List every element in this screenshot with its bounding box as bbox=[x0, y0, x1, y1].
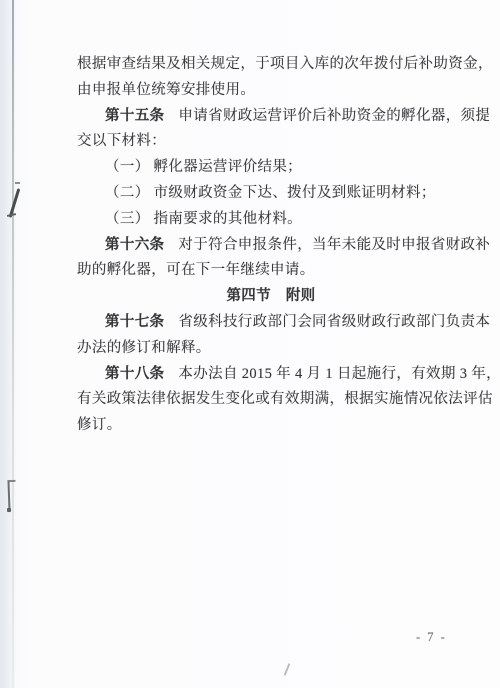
article-number: 第十七条 bbox=[105, 314, 164, 330]
page-number: - 7 - bbox=[416, 630, 447, 645]
scanned-page: 根据审查结果及相关规定，于项目入库的次年拨付后补助资金， 由申报单位统筹安排使用… bbox=[0, 0, 500, 688]
line-text: 交以下材料： bbox=[77, 133, 166, 149]
article-number: 第十五条 bbox=[105, 108, 164, 124]
text-line: 有关政策法律依据发生变化或有效期满，根据实施情况依法评估 bbox=[77, 387, 465, 413]
line-text: （三） 指南要求的其他材料。 bbox=[105, 211, 302, 227]
text-line: 交以下材料： bbox=[77, 129, 465, 155]
article-number: 第十八条 bbox=[105, 366, 164, 382]
line-text: 根据审查结果及相关规定，于项目入库的次年拨付后补助资金， bbox=[77, 56, 493, 72]
section-heading: 第四节 附则 bbox=[77, 284, 465, 310]
section-heading-text: 第四节 附则 bbox=[226, 288, 315, 304]
scan-edge-line bbox=[12, 0, 14, 688]
article-number: 第十六条 bbox=[105, 237, 164, 253]
text-line-article-17: 第十七条省级科技行政部门会同省级财政行政部门负责本 bbox=[77, 310, 465, 336]
line-text: 助的孵化器，可在下一年继续申请。 bbox=[77, 262, 315, 278]
smudge-mark bbox=[284, 663, 291, 676]
text-line: 根据审查结果及相关规定，于项目入库的次年拨付后补助资金， bbox=[77, 52, 465, 78]
staple-dot bbox=[7, 508, 11, 512]
scan-edge-strip bbox=[0, 0, 17, 688]
text-line-item-2: （二） 市级财政资金下达、拨付及到账证明材料； bbox=[77, 181, 465, 207]
text-line: 修订。 bbox=[77, 413, 465, 439]
line-text: 对于符合申报条件，当年未能及时申报省财政补 bbox=[178, 237, 490, 253]
text-line-article-16: 第十六条对于符合申报条件，当年未能及时申报省财政补 bbox=[77, 233, 465, 259]
line-text: 有关政策法律依据发生变化或有效期满，根据实施情况依法评估 bbox=[77, 391, 493, 407]
text-line-item-3: （三） 指南要求的其他材料。 bbox=[77, 207, 465, 233]
line-text: 办法的修订和解释。 bbox=[77, 340, 211, 356]
text-line: 由申报单位统筹安排使用。 bbox=[77, 78, 465, 104]
text-line-article-15: 第十五条申请省财政运营评价后补助资金的孵化器，须提 bbox=[77, 104, 465, 130]
document-body: 根据审查结果及相关规定，于项目入库的次年拨付后补助资金， 由申报单位统筹安排使用… bbox=[77, 52, 465, 439]
line-text: 由申报单位统筹安排使用。 bbox=[77, 82, 255, 98]
text-line-article-18: 第十八条本办法自 2015 年 4 月 1 日起施行，有效期 3 年， bbox=[77, 362, 465, 388]
line-text: 修订。 bbox=[77, 417, 122, 433]
line-text: （二） 市级财政资金下达、拨付及到账证明材料； bbox=[105, 185, 436, 201]
pen-stroke-dot bbox=[15, 182, 20, 184]
line-text: 本办法自 2015 年 4 月 1 日起施行，有效期 3 年， bbox=[178, 366, 500, 382]
line-text: 省级科技行政部门会同省级财政行政部门负责本 bbox=[178, 314, 490, 330]
text-line-item-1: （一） 孵化器运营评价结果； bbox=[77, 155, 465, 181]
line-text: （一） 孵化器运营评价结果； bbox=[105, 159, 302, 175]
line-text: 申请省财政运营评价后补助资金的孵化器，须提 bbox=[178, 108, 490, 124]
text-line: 助的孵化器，可在下一年继续申请。 bbox=[77, 258, 465, 284]
text-line: 办法的修订和解释。 bbox=[77, 336, 465, 362]
